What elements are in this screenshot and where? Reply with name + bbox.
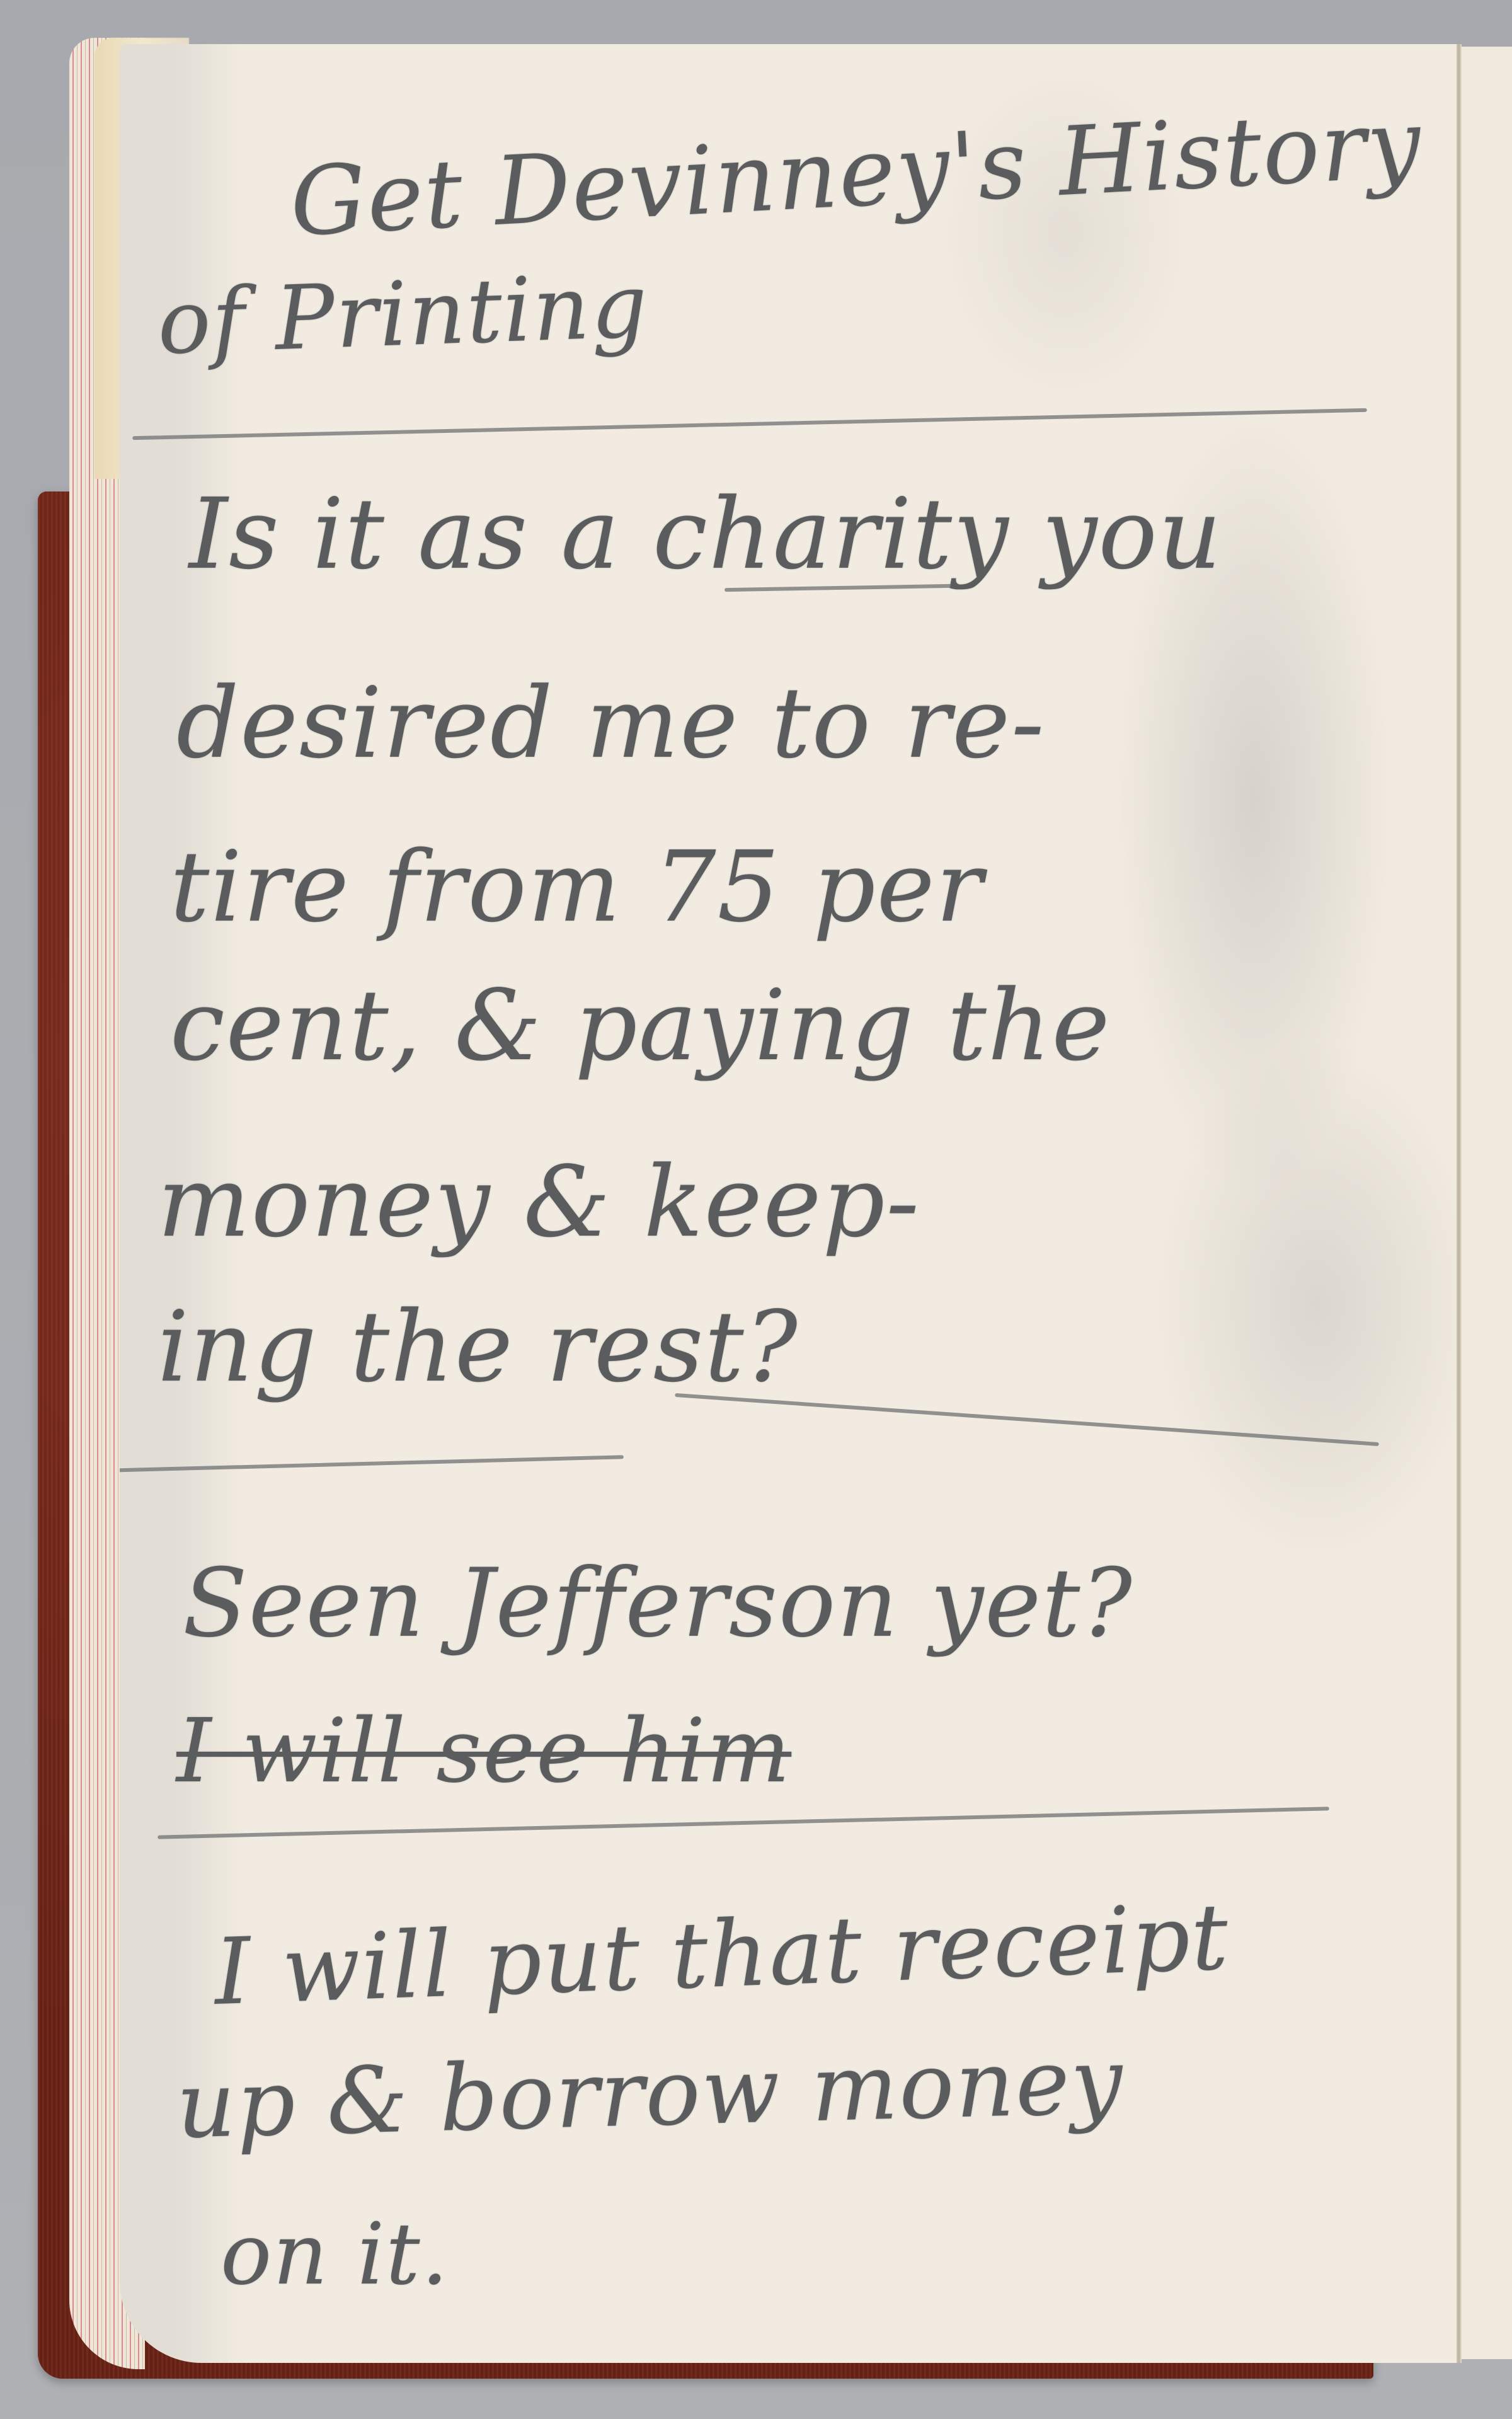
note-2-line-6: ing the rest? <box>157 1298 799 1396</box>
binding-gutter <box>1457 44 1462 2363</box>
note-4-line-3: on it. <box>220 2212 449 2297</box>
note-4-line-2: up & borrow money <box>175 2035 1125 2151</box>
note-2-line-2: desired me to re- <box>176 674 1045 772</box>
note-2-line-5: money & keep- <box>157 1153 920 1251</box>
note-2-line-4: cent, & paying the <box>170 977 1111 1074</box>
note-3-line-1: Seen Jefferson yet? <box>183 1556 1133 1651</box>
note-1-line-2: of Printing <box>156 262 650 367</box>
note-3-line-2-struck: I will see him <box>176 1708 791 1796</box>
note-2-line-1-text: Is it as a charity you <box>189 477 1223 591</box>
note-2-line-1: Is it as a charity you <box>189 485 1223 583</box>
note-2-line-3: tire from 75 per <box>170 838 984 936</box>
facing-page-edge <box>1462 47 1512 2359</box>
notebook-page: Get Devinney's History of Printing Is it… <box>120 44 1462 2363</box>
